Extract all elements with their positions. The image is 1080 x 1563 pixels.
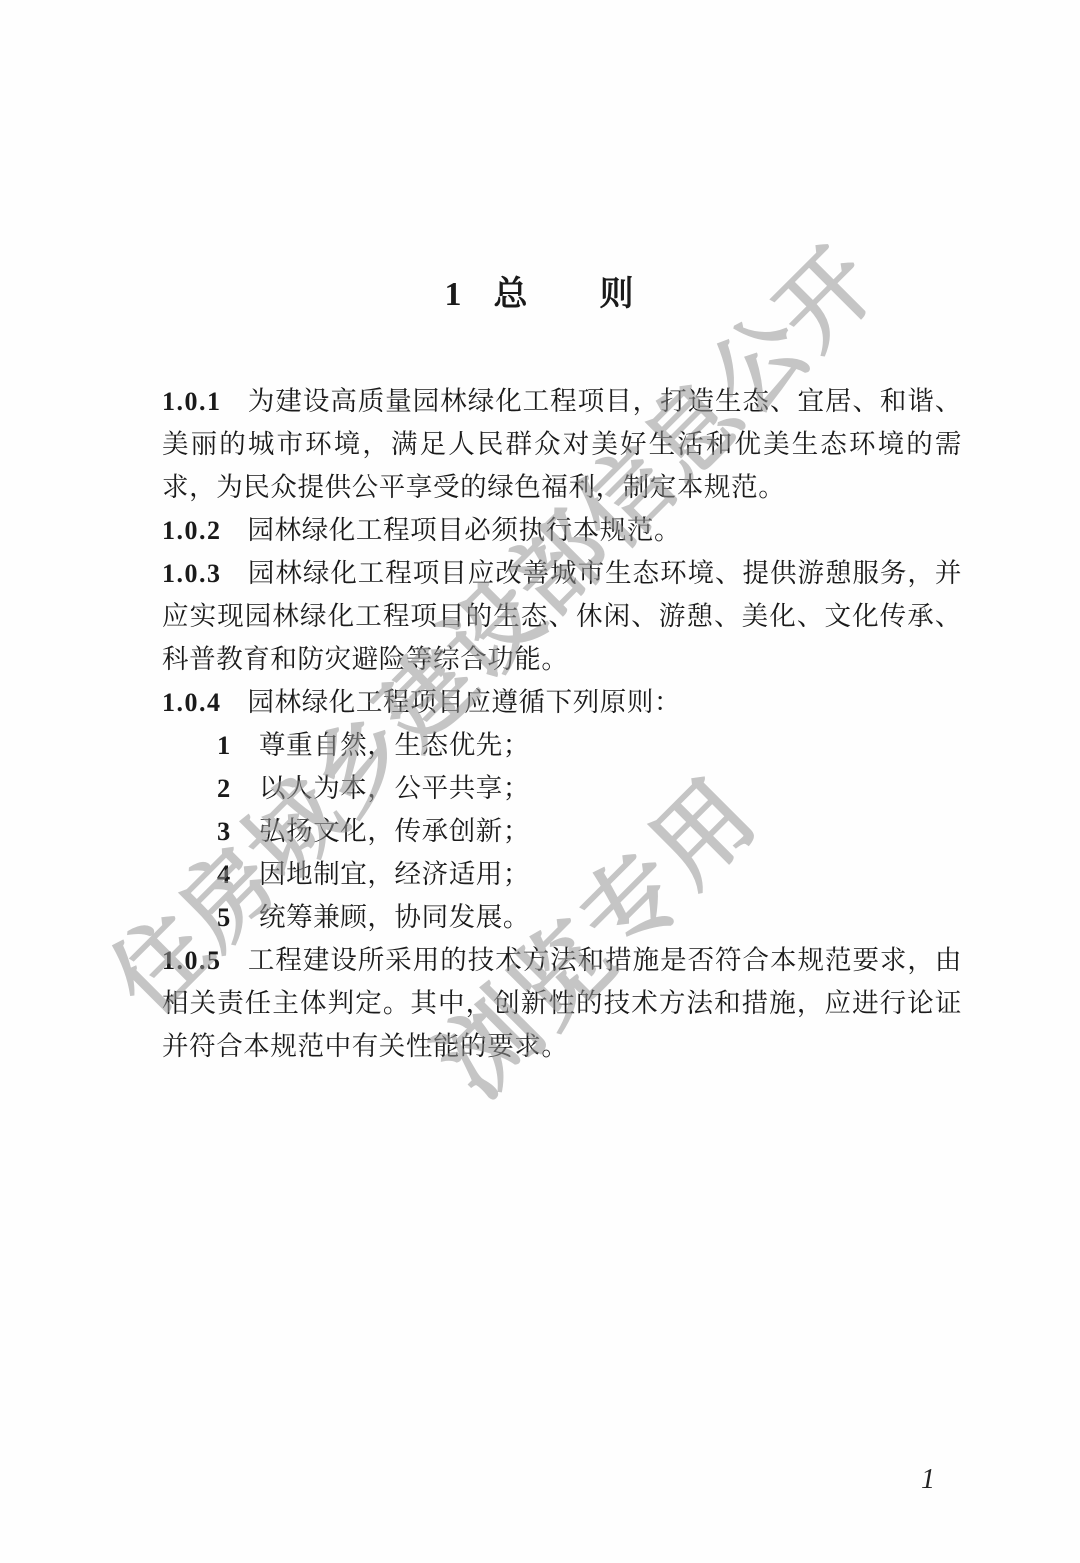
clause-1-0-3: 1.0.3园林绿化工程项目应改善城市生态环境、提供游憩服务，并应实现园林绿化工程… — [162, 552, 962, 681]
clause-text: 园林绿化工程项目应改善城市生态环境、提供游憩服务，并应实现园林绿化工程项目的生态… — [162, 558, 962, 675]
clause-number: 1.0.2 — [162, 516, 222, 545]
clause-text: 园林绿化工程项目必须执行本规范。 — [248, 515, 682, 546]
principles-list: 1尊重自然，生态优先； 2以人为本，公平共享； 3弘扬文化，传承创新； 4因地制… — [162, 724, 962, 939]
clause-1-0-1: 1.0.1为建设高质量园林绿化工程项目，打造生态、宜居、和谐、美丽的城市环境，满… — [162, 380, 962, 509]
clause-text: 为建设高质量园林绿化工程项目，打造生态、宜居、和谐、美丽的城市环境，满足人民群众… — [162, 386, 962, 503]
clause-1-0-5: 1.0.5工程建设所采用的技术方法和措施是否符合本规范要求，由相关责任主体判定。… — [162, 939, 962, 1068]
principle-number: 4 — [217, 853, 259, 896]
principle-item: 5统筹兼顾，协同发展。 — [162, 896, 962, 939]
principle-text: 尊重自然，生态优先； — [259, 730, 530, 761]
chapter-title: 1总则 — [0, 266, 1080, 315]
clause-text: 工程建设所采用的技术方法和措施是否符合本规范要求，由相关责任主体判定。其中，创新… — [162, 945, 962, 1062]
principle-number: 3 — [217, 810, 259, 853]
document-page: 1总则 1.0.1为建设高质量园林绿化工程项目，打造生态、宜居、和谐、美丽的城市… — [0, 0, 1080, 1563]
principle-item: 1尊重自然，生态优先； — [162, 724, 962, 767]
clause-text: 园林绿化工程项目应遵循下列原则： — [248, 687, 682, 718]
chapter-number: 1 — [445, 276, 464, 313]
clause-1-0-4: 1.0.4园林绿化工程项目应遵循下列原则： — [162, 681, 962, 724]
chapter-title-char-2: 则 — [600, 274, 636, 314]
clause-number: 1.0.4 — [162, 688, 222, 717]
principle-text: 以人为本，公平共享； — [259, 773, 530, 804]
principle-number: 5 — [217, 896, 259, 939]
principle-number: 2 — [217, 767, 259, 810]
principle-number: 1 — [217, 724, 259, 767]
clause-number: 1.0.5 — [162, 946, 222, 975]
chapter-body: 1.0.1为建设高质量园林绿化工程项目，打造生态、宜居、和谐、美丽的城市环境，满… — [162, 380, 962, 1068]
principle-item: 2以人为本，公平共享； — [162, 767, 962, 810]
clause-number: 1.0.1 — [162, 387, 222, 416]
principle-text: 统筹兼顾，协同发展。 — [259, 902, 530, 933]
page-number: 1 — [921, 1464, 935, 1496]
chapter-title-char-1: 总 — [494, 274, 530, 314]
principle-item: 3弘扬文化，传承创新； — [162, 810, 962, 853]
principle-text: 因地制宜，经济适用； — [259, 859, 530, 890]
clause-number: 1.0.3 — [162, 559, 222, 588]
principle-item: 4因地制宜，经济适用； — [162, 853, 962, 896]
principle-text: 弘扬文化，传承创新； — [259, 816, 530, 847]
clause-1-0-2: 1.0.2园林绿化工程项目必须执行本规范。 — [162, 509, 962, 552]
